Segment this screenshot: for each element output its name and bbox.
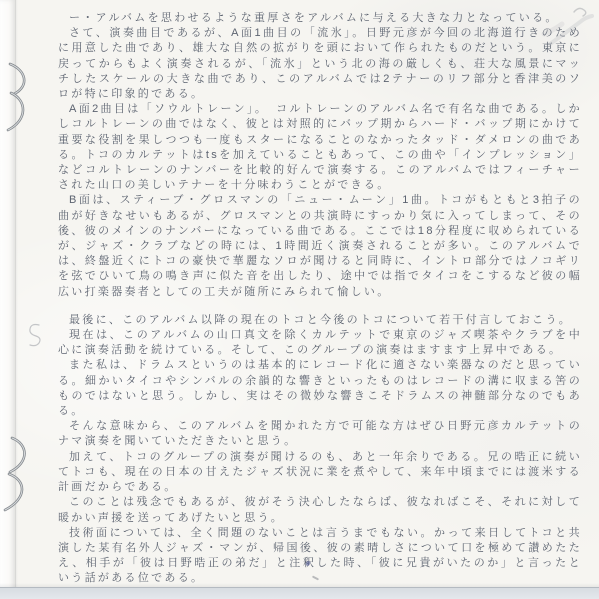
paragraph: 最後に、このアルバム以降の現在のトコと今後のトコについて若干付言しておこう。 bbox=[58, 313, 582, 328]
paragraph: ー・アルバムを思わせるような重厚さをアルバムに与える大きな力となっている。 bbox=[58, 11, 582, 26]
paragraph: 加えて、トコのグループの演奏が聞けるのも、あと一年余りである。兄の晧正に続いてト… bbox=[58, 450, 582, 496]
section-track-commentary: ー・アルバムを思わせるような重厚さをアルバムに与える大きな力となっている。 さて… bbox=[58, 11, 582, 300]
paragraph: 技術面については、全く問題のないことは言うまでもない。かって来日してトコと共演し… bbox=[58, 526, 582, 587]
paragraph: また私は、ドラムスというのは基本的にレコード化に適さない楽器なのだと思っている。… bbox=[58, 358, 582, 419]
paragraph: このことは残念でもあるが、彼がそう決心したならば、彼なればこそ、それに対して暖か… bbox=[58, 495, 582, 525]
section-closing-remarks: 最後に、このアルバム以降の現在のトコと今後のトコについて若干付言しておこう。 現… bbox=[58, 313, 582, 587]
paragraph: 現在は、このアルバムの山口真文を除くカルテットで東京のジャズ喫茶やクラブを中心に… bbox=[58, 328, 582, 358]
wire-binding-top-icon bbox=[0, 60, 36, 140]
liner-notes-text: ー・アルバムを思わせるような重厚さをアルバムに与える大きな力となっている。 さて… bbox=[58, 11, 582, 587]
scanner-bed-edge bbox=[0, 587, 599, 599]
wire-binding-bottom-icon bbox=[0, 432, 36, 516]
paragraph: A面2曲目は「ソウルトレーン」。 コルトレーンのアルバム名で有名な曲である。しか… bbox=[58, 102, 582, 193]
paragraph: さて、演奏曲目であるが、A面1曲目の「流氷」。日野元彦が今回の北海道行きのために… bbox=[58, 26, 582, 102]
pencil-squiggle-icon bbox=[24, 322, 46, 348]
paragraph: B面は、スティーブ・グロスマンの「ニュー・ムーン」1曲。トコがもともと3拍子の曲… bbox=[58, 193, 582, 299]
paragraph: そんな意味から、このアルバムを聞かれた方で可能な方はぜひ日野元彦カルテットのナマ… bbox=[58, 419, 582, 449]
scanned-liner-notes-page: ー・アルバムを思わせるような重厚さをアルバムに与える大きな力となっている。 さて… bbox=[0, 0, 599, 599]
